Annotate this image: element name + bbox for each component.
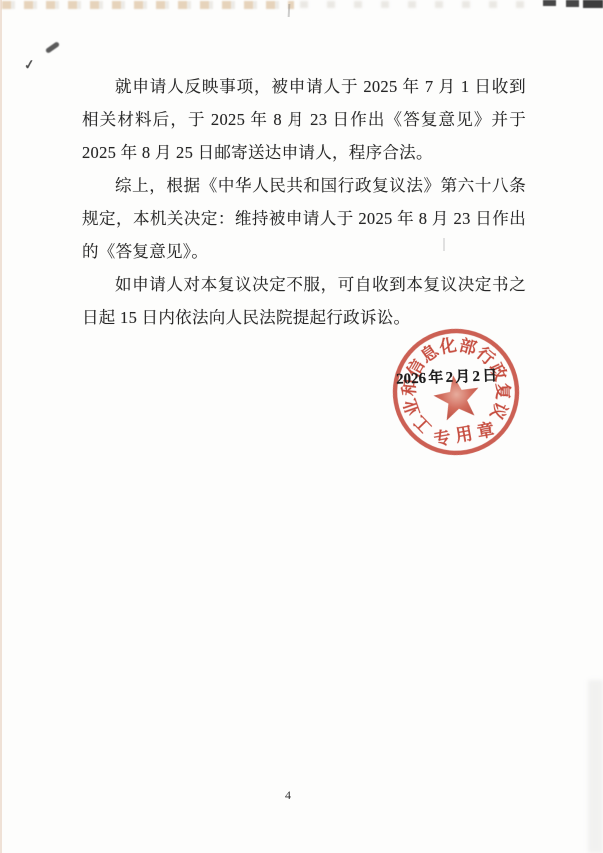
scan-artifact-tick [288,4,291,17]
scan-artifact-top-bleed-left [2,1,294,9]
check-mark-annotation: ✓ [23,56,36,73]
pen-mark-annotation [45,41,60,54]
document-body: 就申请人反映事项，被申请人于 2025 年 7 月 1 日收到相关材料后，于 2… [82,70,526,334]
paragraph-procedure: 就申请人反映事项，被申请人于 2025 年 7 月 1 日收到相关材料后，于 2… [82,70,526,169]
scan-artifact-corner-strip [583,0,603,8]
page-number: 4 [285,788,291,803]
paragraph-decision: 综上，根据《中华人民共和国行政复议法》第六十八条规定，本机关决定：维持被申请人于… [82,169,526,268]
scan-artifact-corner-strip [566,0,579,7]
scan-artifact-top-bleed-right [300,1,535,8]
scan-artifact-left-edge [0,0,2,853]
seal-arc-char: 化 [437,334,458,357]
document-page: ✓ 就申请人反映事项，被申请人于 2025 年 7 月 1 日收到相关材料后，于… [0,0,603,853]
decision-date: 2026 年 2 月 2 日 [396,364,498,389]
scan-artifact-bottom-right [588,680,603,853]
scan-artifact-corner-strip [543,0,556,6]
official-seal: 工业和信息化部行政复议 专用章 [358,294,555,491]
